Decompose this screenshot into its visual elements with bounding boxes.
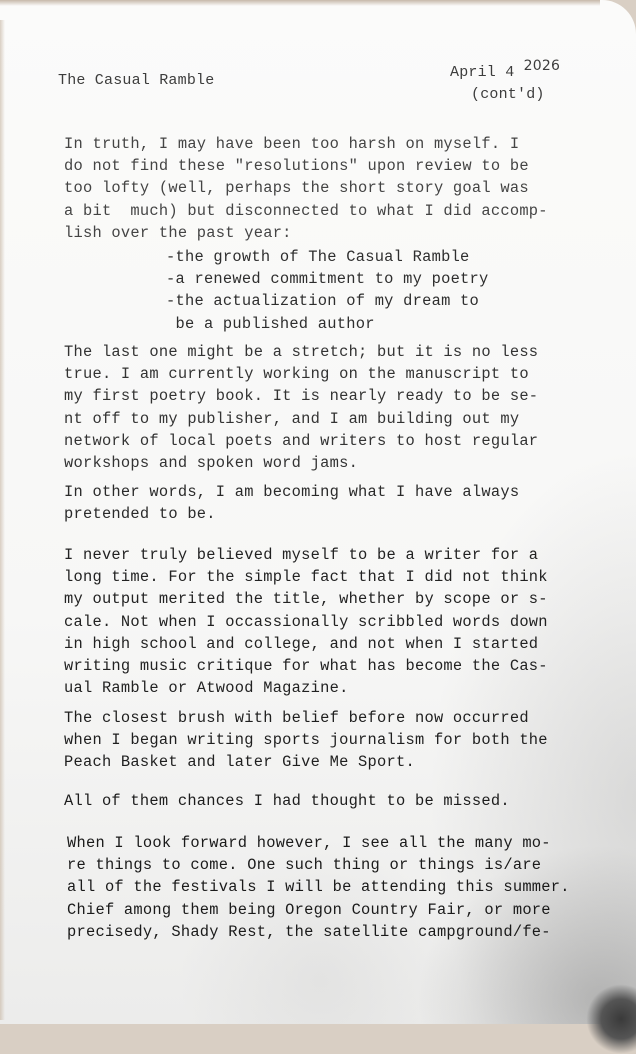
paragraph-chances: All of them chances I had thought to be …: [64, 790, 510, 812]
text-line: all of the festivals I will be attending…: [67, 876, 570, 898]
text-line: Peach Basket and later Give Me Sport.: [64, 751, 548, 773]
text-line: true. I am currently working on the manu…: [64, 363, 538, 385]
text-line: lish over the past year:: [64, 222, 548, 244]
text-line: nt off to my publisher, and I am buildin…: [64, 408, 538, 430]
photo-shadow-corner: [586, 984, 636, 1024]
text-line: pretended to be.: [64, 503, 519, 525]
page-header-date: April 4 2026: [450, 64, 560, 81]
text-line: re things to come. One such thing or thi…: [67, 854, 570, 876]
text-line: Chief among them being Oregon Country Fa…: [67, 899, 570, 921]
paragraph-closest-brush: The closest brush with belief before now…: [64, 707, 548, 774]
text-line: -a renewed commitment to my poetry: [166, 268, 489, 290]
page-header-title: The Casual Ramble: [58, 72, 214, 89]
paragraph-other-words: In other words, I am becoming what I hav…: [64, 481, 519, 525]
typewritten-page: The Casual Ramble April 4 2026 (cont'd) …: [0, 0, 636, 1024]
text-line: -the growth of The Casual Ramble: [166, 246, 489, 268]
text-line: cale. Not when I occassionally scribbled…: [64, 611, 548, 633]
paragraph-truth: In truth, I may have been too harsh on m…: [64, 133, 548, 244]
paper-edge-left: [0, 20, 5, 1020]
text-line: my first poetry book. It is nearly ready…: [64, 385, 538, 407]
text-line: The last one might be a stretch; but it …: [64, 341, 538, 363]
text-line: -the actualization of my dream to: [166, 290, 489, 312]
text-line: The closest brush with belief before now…: [64, 707, 548, 729]
paper-edge-top: [0, 0, 600, 6]
text-line: precisedy, Shady Rest, the satellite cam…: [67, 921, 570, 943]
accomplishments-list: -the growth of The Casual Ramble-a renew…: [166, 246, 489, 335]
text-line: network of local poets and writers to ho…: [64, 430, 538, 452]
paragraph-last-one: The last one might be a stretch; but it …: [64, 341, 538, 474]
text-line: ual Ramble or Atwood Magazine.: [64, 677, 548, 699]
text-line: my output merited the title, whether by …: [64, 588, 548, 610]
text-line: writing music critique for what has beco…: [64, 655, 548, 677]
text-line: a bit much) but disconnected to what I d…: [64, 200, 548, 222]
text-line: long time. For the simple fact that I di…: [64, 566, 548, 588]
page-header-continued: (cont'd): [471, 86, 545, 103]
text-line: In other words, I am becoming what I hav…: [64, 481, 519, 503]
text-line: do not find these "resolutions" upon rev…: [64, 155, 548, 177]
text-line: workshops and spoken word jams.: [64, 452, 538, 474]
text-line: All of them chances I had thought to be …: [64, 790, 510, 812]
text-line: when I began writing sports journalism f…: [64, 729, 548, 751]
text-line: be a published author: [166, 313, 489, 335]
paragraph-never-believed: I never truly believed myself to be a wr…: [64, 544, 548, 699]
date-prefix: April 4: [450, 64, 524, 81]
text-line: too lofty (well, perhaps the short story…: [64, 177, 548, 199]
text-line: I never truly believed myself to be a wr…: [64, 544, 548, 566]
paragraph-look-forward: When I look forward however, I see all t…: [67, 832, 570, 943]
date-year: 2026: [524, 58, 560, 74]
text-line: When I look forward however, I see all t…: [67, 832, 570, 854]
text-line: in high school and college, and not when…: [64, 633, 548, 655]
text-line: In truth, I may have been too harsh on m…: [64, 133, 548, 155]
